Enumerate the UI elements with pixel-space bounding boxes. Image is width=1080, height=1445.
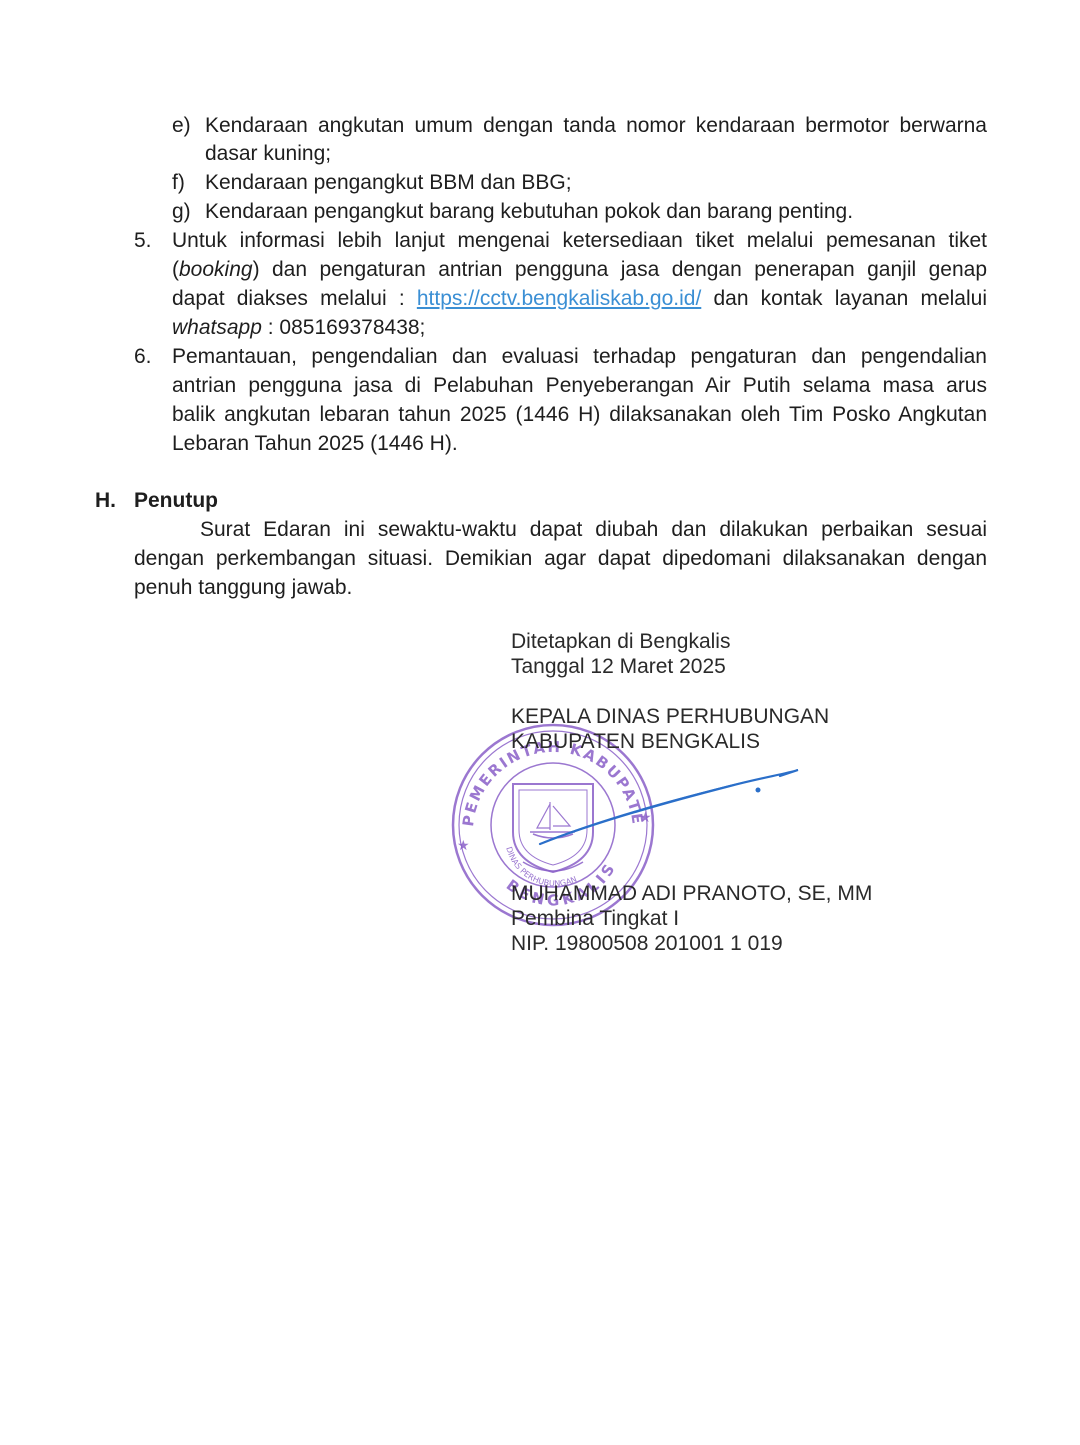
signatory-name: MUHAMMAD ADI PRANOTO, SE, MM xyxy=(511,881,872,906)
booking-term: booking xyxy=(179,258,253,281)
list-marker-5: 5. xyxy=(134,226,152,255)
signature-position-2: KABUPATEN BENGKALIS xyxy=(511,729,760,754)
item5-line3: dapat diakses melalui : https://cctv.ben… xyxy=(172,284,987,313)
list-marker-f: f) xyxy=(172,168,185,197)
item6-line4: Lebaran Tahun 2025 (1446 H). xyxy=(172,429,458,458)
signature-date: Tanggal 12 Maret 2025 xyxy=(511,654,726,679)
signature-place: Ditetapkan di Bengkalis xyxy=(511,629,730,654)
item6-line2: antrian pengguna jasa di Pelabuhan Penye… xyxy=(172,371,987,400)
item6-line3: balik angkutan lebaran tahun 2025 (1446 … xyxy=(172,400,987,429)
item6-line1: Pemantauan, pengendalian dan evaluasi te… xyxy=(172,342,987,371)
item5-line1: Untuk informasi lebih lanjut mengenai ke… xyxy=(172,226,987,255)
list-item-f: Kendaraan pengangkut BBM dan BBG; xyxy=(205,168,572,197)
item5-line2: (booking) dan pengaturan antrian penggun… xyxy=(172,255,987,284)
handwritten-signature xyxy=(530,762,805,862)
cctv-link[interactable]: https://cctv.bengkaliskab.go.id/ xyxy=(417,287,701,310)
section-h-line2: dengan perkembangan situasi. Demikian ag… xyxy=(134,544,987,573)
whatsapp-number: : 085169378438; xyxy=(262,316,426,339)
list-item-e-line1: Kendaraan angkutan umum dengan tanda nom… xyxy=(205,111,987,140)
signature-position-1: KEPALA DINAS PERHUBUNGAN xyxy=(511,704,829,729)
list-marker-6: 6. xyxy=(134,342,152,371)
signatory-nip: NIP. 19800508 201001 1 019 xyxy=(511,931,783,956)
section-h-title: Penutup xyxy=(134,486,218,515)
whatsapp-term: whatsapp xyxy=(172,316,262,339)
signatory-rank: Pembina Tingkat I xyxy=(511,906,679,931)
item5-line4: whatsapp : 085169378438; xyxy=(172,313,425,342)
section-h-line1: Surat Edaran ini sewaktu-waktu dapat diu… xyxy=(200,515,987,544)
list-marker-e: e) xyxy=(172,111,191,140)
section-h-marker: H. xyxy=(95,486,116,515)
list-item-e-line2: dasar kuning; xyxy=(205,139,331,168)
list-item-g: Kendaraan pengangkut barang kebutuhan po… xyxy=(205,197,853,226)
list-marker-g: g) xyxy=(172,197,191,226)
section-h-line3: penuh tanggung jawab. xyxy=(134,573,352,602)
stamp-star-left-icon: ★ xyxy=(457,837,470,853)
